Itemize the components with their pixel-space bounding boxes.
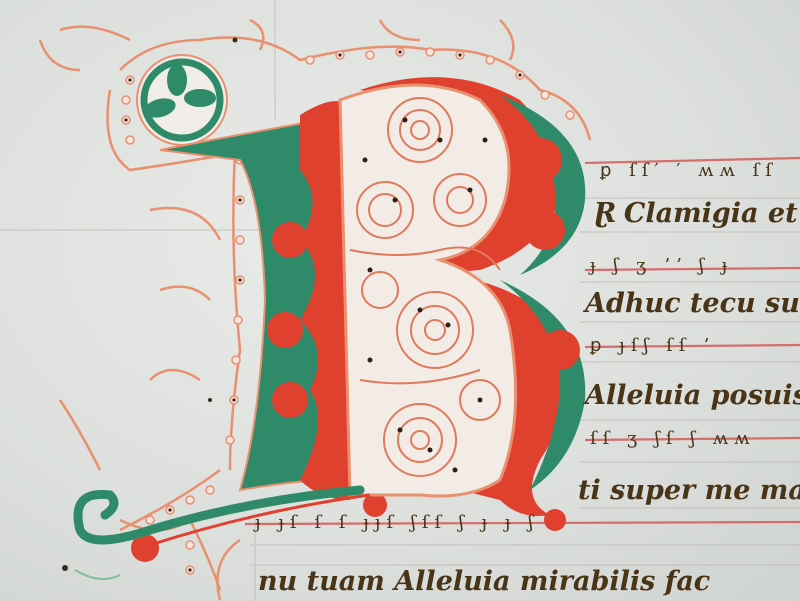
manuscript-photo: Ɽ Clamigia et Adhuc tecu sum Alleluia po… (0, 0, 800, 601)
text-line-2: Adhuc tecu sum (585, 288, 800, 319)
text-line-3: Alleluia posuis (585, 380, 800, 411)
neume-line-3: ꝑ ɟſʃ ſſ ʼ (590, 335, 715, 356)
text-line-1: Ɽ Clamigia et (592, 198, 798, 229)
neume-line-5: ɟ ɟſ ſ ſ ɟɟſ ʃſſ ʃ ɟ ɟ ʃ (255, 512, 539, 533)
neume-line-4: ſſ ʒ ʃſ ʃ ʍʍ (590, 428, 756, 449)
neume-line-2: ɟ ʃ ʒ ʼʼ ʃ ɟ (590, 255, 733, 276)
neume-line-1: ꝑ ſſ′ ′ ʍʍ ſſ (600, 160, 778, 181)
text-line-4: ti super me ma (578, 475, 800, 506)
text-line-5: nu tuam Alleluia mirabilis fac (258, 566, 710, 597)
